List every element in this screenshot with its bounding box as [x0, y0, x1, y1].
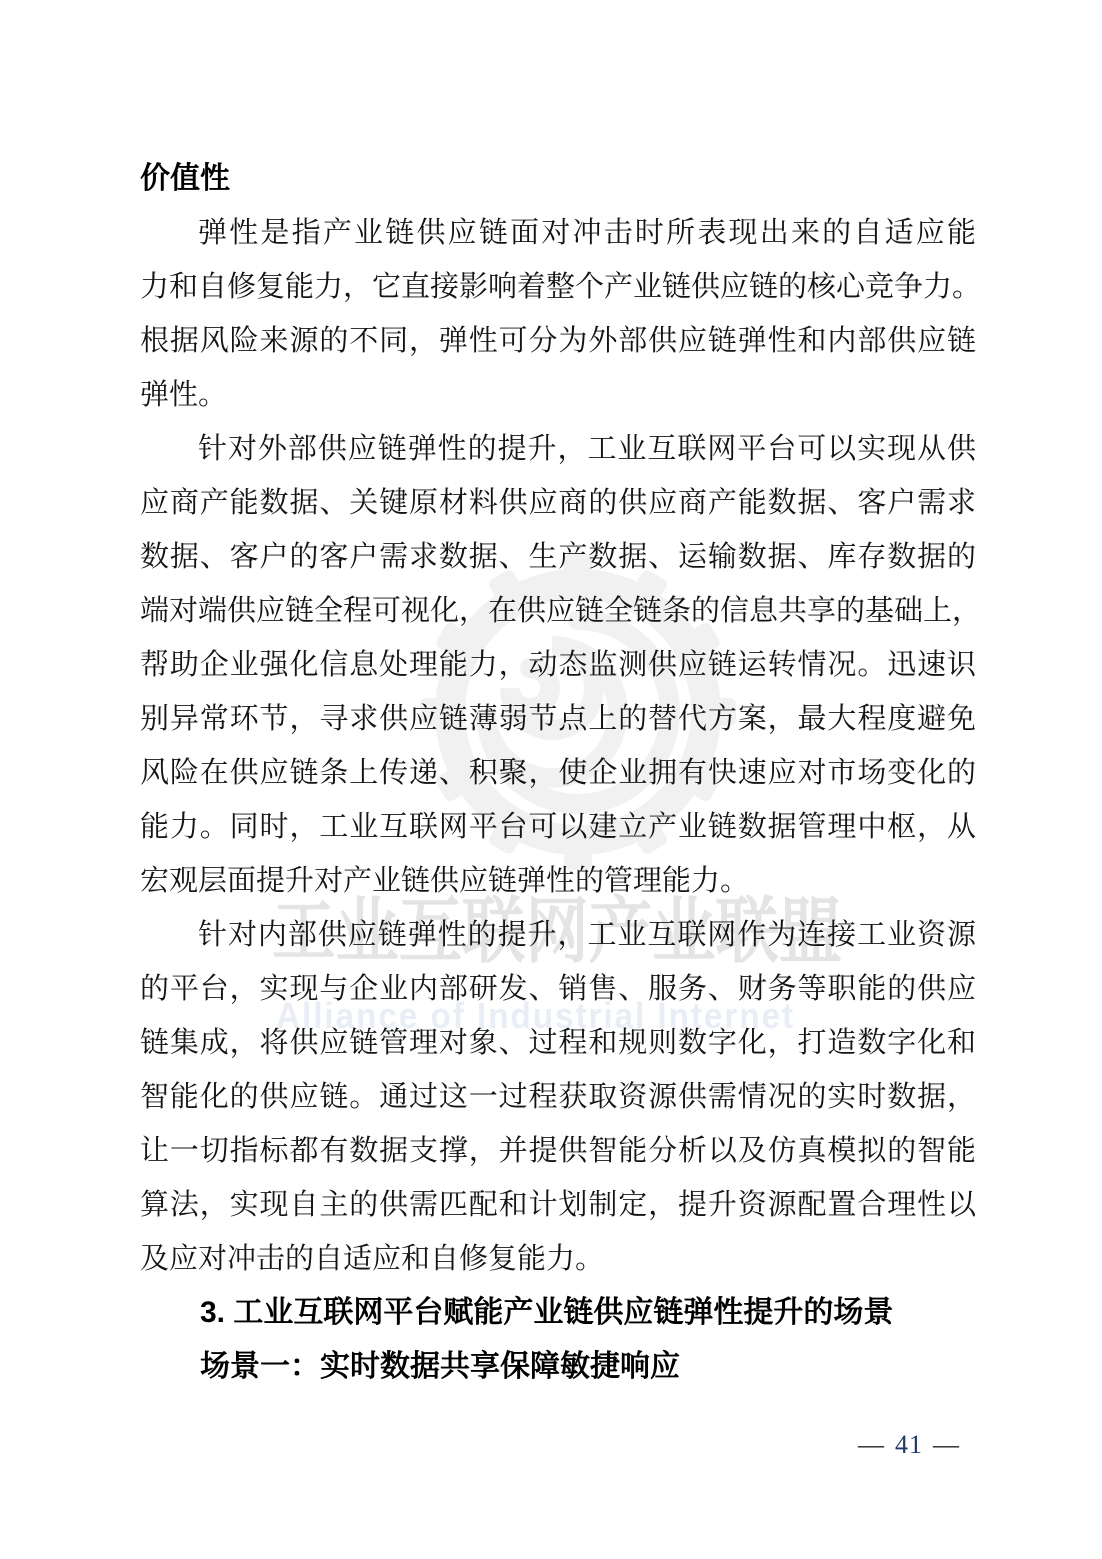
- paragraphs: 弹性是指产业链供应链面对冲击时所表现出来的自适应能力和自修复能力，它直接影响着整…: [140, 206, 976, 1286]
- text-line: 弹性是指产业链供应链面对冲击时所表现出来的自适应能: [140, 206, 976, 260]
- text-line: 弹性。: [140, 368, 976, 422]
- text-line: 数据、客户的客户需求数据、生产数据、运输数据、库存数据的: [140, 530, 976, 584]
- text-line: 帮助企业强化信息处理能力，动态监测供应链运转情况。迅速识: [140, 638, 976, 692]
- page-title: 价值性: [140, 152, 976, 206]
- page-footer: —41—: [858, 1430, 960, 1460]
- text-line: 根据风险来源的不同，弹性可分为外部供应链弹性和内部供应链: [140, 314, 976, 368]
- text-line: 及应对冲击的自适应和自修复能力。: [140, 1232, 976, 1286]
- text-line: 力和自修复能力，它直接影响着整个产业链供应链的核心竞争力。: [140, 260, 976, 314]
- text-line: 别异常环节，寻求供应链薄弱节点上的替代方案，最大程度避免: [140, 692, 976, 746]
- text-line: 链集成，将供应链管理对象、过程和规则数字化，打造数字化和: [140, 1016, 976, 1070]
- text-line: 针对内部供应链弹性的提升，工业互联网作为连接工业资源: [140, 908, 976, 962]
- text-line: 的平台，实现与企业内部研发、销售、服务、财务等职能的供应: [140, 962, 976, 1016]
- section-heading: 3. 工业互联网平台赋能产业链供应链弹性提升的场景: [140, 1286, 976, 1340]
- text-line: 智能化的供应链。通过这一过程获取资源供需情况的实时数据，: [140, 1070, 976, 1124]
- footer-dash-right: —: [933, 1430, 960, 1459]
- document-content: 价值性 弹性是指产业链供应链面对冲击时所表现出来的自适应能力和自修复能力，它直接…: [140, 152, 976, 1394]
- footer-dash-left: —: [858, 1430, 885, 1459]
- text-line: 端对端供应链全程可视化，在供应链全链条的信息共享的基础上，: [140, 584, 976, 638]
- text-line: 宏观层面提升对产业链供应链弹性的管理能力。: [140, 854, 976, 908]
- paragraph: 针对外部供应链弹性的提升，工业互联网平台可以实现从供应商产能数据、关键原材料供应…: [140, 422, 976, 908]
- text-line: 针对外部供应链弹性的提升，工业互联网平台可以实现从供: [140, 422, 976, 476]
- paragraph: 弹性是指产业链供应链面对冲击时所表现出来的自适应能力和自修复能力，它直接影响着整…: [140, 206, 976, 422]
- text-line: 应商产能数据、关键原材料供应商的供应商产能数据、客户需求: [140, 476, 976, 530]
- page-number: 41: [885, 1430, 933, 1459]
- text-line: 算法，实现自主的供需匹配和计划制定，提升资源配置合理性以: [140, 1178, 976, 1232]
- paragraph: 针对内部供应链弹性的提升，工业互联网作为连接工业资源的平台，实现与企业内部研发、…: [140, 908, 976, 1286]
- text-line: 能力。同时，工业互联网平台可以建立产业链数据管理中枢，从: [140, 800, 976, 854]
- scene-heading: 场景一：实时数据共享保障敏捷响应: [140, 1340, 976, 1394]
- document-page: 工业互联网产业联盟 Alliance of Industrial Interne…: [0, 0, 1102, 1559]
- text-line: 让一切指标都有数据支撑，并提供智能分析以及仿真模拟的智能: [140, 1124, 976, 1178]
- text-line: 风险在供应链条上传递、积聚，使企业拥有快速应对市场变化的: [140, 746, 976, 800]
